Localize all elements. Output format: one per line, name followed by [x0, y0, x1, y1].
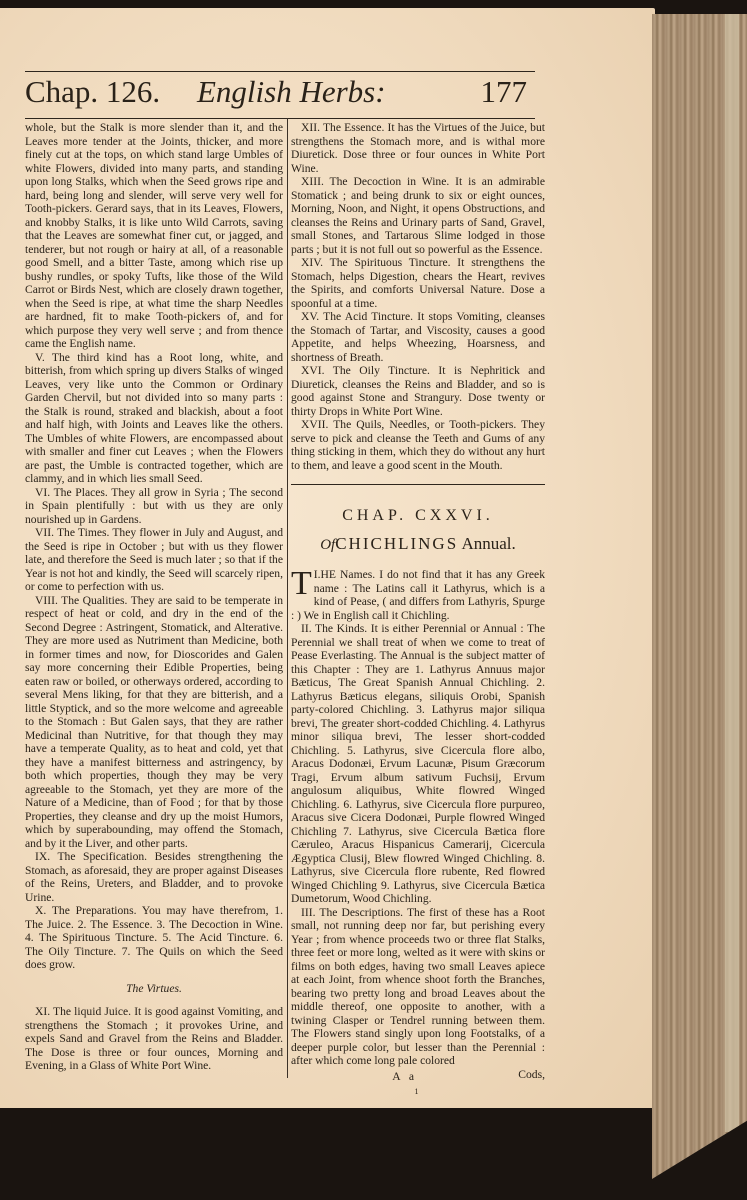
running-head-chapter: Chap. 126. [25, 74, 160, 110]
section-heading-virtues: The Virtues. [25, 982, 283, 996]
running-head: Chap. 126. English Herbs: 177 [25, 74, 535, 120]
signature-sub: 1 [291, 1085, 545, 1099]
drop-cap: T [291, 570, 312, 598]
chapter-subtitle: OfCHICHLINGS Annual. [291, 537, 545, 553]
paragraph-names: I.THE Names. I do not find that it has a… [291, 568, 545, 622]
page-fore-edge [652, 14, 747, 1179]
paragraph: XVI. The Oily Tincture. It is Nephritick… [291, 364, 545, 418]
paragraph: VIII. The Qualities. They are said to be… [25, 594, 283, 851]
header-top-rule [25, 71, 535, 72]
paragraph: XII. The Essence. It has the Virtues of … [291, 121, 545, 175]
paragraph: XIV. The Spirituous Tincture. It strengt… [291, 256, 545, 310]
paragraph: XI. The liquid Juice. It is good against… [25, 1005, 283, 1073]
catchword: Cods, [518, 1068, 545, 1082]
paragraph-kinds: II. The Kinds. It is either Perennial or… [291, 622, 545, 906]
chapter-subtitle-of: Of [320, 537, 335, 553]
signature-mark: A a [291, 1070, 545, 1084]
right-column: XII. The Essence. It has the Virtues of … [291, 121, 545, 1099]
chapter-subtitle-main: CHICHLINGS [335, 534, 458, 553]
column-divider [287, 118, 288, 1078]
paragraph: XV. The Acid Tincture. It stops Vomiting… [291, 310, 545, 364]
page-number: 177 [481, 74, 528, 110]
chapter-separator-rule [291, 484, 545, 485]
chapter-subtitle-tail: Annual. [461, 534, 515, 553]
running-head-title: English Herbs: [197, 74, 386, 110]
paragraph: XIII. The Decoction in Wine. It is an ad… [291, 175, 545, 256]
paragraph: X. The Preparations. You may have theref… [25, 904, 283, 972]
paragraph: VII. The Times. They flower in July and … [25, 526, 283, 594]
paragraph: IX. The Specification. Besides strengthe… [25, 850, 283, 904]
left-column: whole, but the Stalk is more slender tha… [25, 121, 283, 1073]
paragraph-descriptions: III. The Descriptions. The first of thes… [291, 906, 545, 1068]
paragraph: V. The third kind has a Root long, white… [25, 351, 283, 486]
paragraph: XVII. The Quils, Needles, or Tooth-picke… [291, 418, 545, 472]
numeral: I. [314, 568, 321, 581]
header-bottom-rule [25, 118, 535, 119]
paragraph: whole, but the Stalk is more slender tha… [25, 121, 283, 351]
names-text: HE Names. I do not find that it has any … [291, 568, 545, 622]
paragraph: VI. The Places. They all grow in Syria ;… [25, 486, 283, 527]
chapter-heading: CHAP. CXXVI. [291, 509, 545, 523]
page-edge-lip [725, 14, 739, 1132]
